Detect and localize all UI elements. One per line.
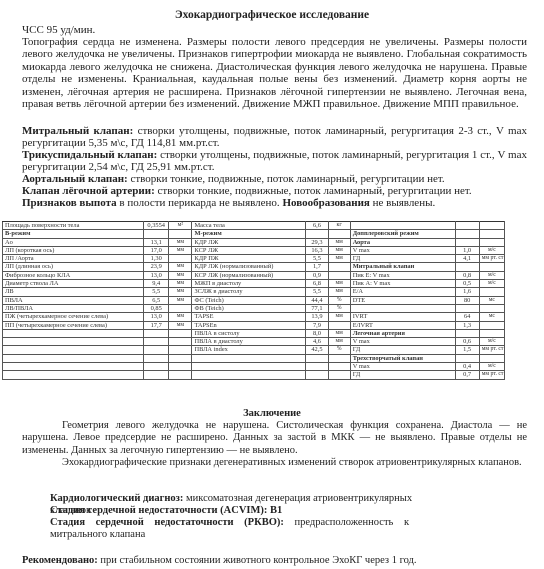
table-cell: мс xyxy=(479,296,504,304)
recommendation-text: при стабильном состоянии животного контр… xyxy=(98,555,417,566)
table-cell xyxy=(144,346,169,354)
table-cell xyxy=(328,321,350,329)
mitral-valve-label: Митральный клапан: xyxy=(22,125,133,137)
table-cell xyxy=(3,338,144,346)
table-cell: % xyxy=(328,304,350,312)
table-cell xyxy=(328,354,350,362)
effusion-label: Признаков выпота xyxy=(22,197,117,209)
table-row: Трехстворчатый клапан xyxy=(3,354,505,362)
table-cell: 0,85 xyxy=(144,304,169,312)
table-cell: мм xyxy=(169,246,192,254)
table-cell: ПВЛА index xyxy=(192,346,306,354)
table-cell: 0,8 xyxy=(455,271,479,279)
conclusion-heading: Заключение xyxy=(0,408,544,420)
table-cell: м/с xyxy=(479,280,504,288)
table-cell: мм xyxy=(328,338,350,346)
table-cell xyxy=(169,354,192,362)
table-cell xyxy=(350,222,455,230)
table-cell: IVRT xyxy=(350,313,455,321)
table-cell: Митральный клапан xyxy=(350,263,455,271)
table-cell: V max xyxy=(350,338,455,346)
table-cell xyxy=(306,371,328,379)
table-cell: DTE xyxy=(350,296,455,304)
table-cell: ПЖ (четырехкамерное сечение слева) xyxy=(3,313,144,321)
table-cell: 0,5 xyxy=(455,280,479,288)
table-cell: 29,3 xyxy=(306,238,328,246)
table-row: ПВЛА в диастолу4,6ммV max0,6м/с xyxy=(3,338,505,346)
table-row: ЛВ5,5ммЗСЛЖ в диастолу5,5ммE/A1,6 xyxy=(3,288,505,296)
heart-rate: ЧСС 95 уд/мин. xyxy=(22,24,527,36)
table-cell: Пик A: V max xyxy=(350,280,455,288)
table-cell xyxy=(169,255,192,263)
rkvo-label: Стадия сердечной недостаточности (РКВО): xyxy=(50,517,284,528)
table-cell: % xyxy=(328,296,350,304)
pulmonary-valve-label: Клапан лёгочной артерии: xyxy=(22,185,155,197)
recommendation-label: Рекомендовано: xyxy=(22,555,98,566)
table-cell: мм xyxy=(328,288,350,296)
table-cell xyxy=(479,230,504,238)
table-cell: 4,6 xyxy=(306,338,328,346)
table-cell: E/IVRT xyxy=(350,321,455,329)
table-cell xyxy=(479,329,504,337)
rkvo-text: предрасположенность к xyxy=(284,517,409,528)
table-cell: мм xyxy=(328,313,350,321)
table-cell xyxy=(3,354,144,362)
table-cell: кг xyxy=(328,222,350,230)
table-row: ПЖ (четырехкамерное сечение слева)13,0мм… xyxy=(3,313,505,321)
table-cell xyxy=(144,354,169,362)
table-cell: мм xyxy=(169,313,192,321)
acvim-stage: Стадия сердечной недостаточности (ACVIM)… xyxy=(50,505,440,517)
table-cell xyxy=(169,371,192,379)
table-cell: КДР ПЖ xyxy=(192,255,306,263)
table-cell: 13,0 xyxy=(144,313,169,321)
table-row: ЛП (длинная ось)23,9ммКДР ЛЖ (нормализов… xyxy=(3,263,505,271)
effusion-text: в полости перикарда не выявлено. xyxy=(117,197,283,209)
table-cell xyxy=(3,363,144,371)
tricuspid-valve-paragraph: Трикуспидальный клапан: створки утолщены… xyxy=(22,149,527,174)
table-cell: мм xyxy=(328,255,350,263)
table-row: ПП (четырехкамерное сечение слева)17,7мм… xyxy=(3,321,505,329)
table-cell xyxy=(479,222,504,230)
table-cell: ПП (четырехкамерное сечение слева) xyxy=(3,321,144,329)
table-cell: 9,4 xyxy=(144,280,169,288)
table-cell xyxy=(3,346,144,354)
table-cell: мм xyxy=(328,238,350,246)
rkvo-continued: митрального клапана xyxy=(50,529,440,541)
table-cell: 23,9 xyxy=(144,263,169,271)
table-cell: Трехстворчатый клапан xyxy=(350,354,455,362)
table-cell: мм xyxy=(169,271,192,279)
table-row: Площадь поверхности тела0,3554м²Масса те… xyxy=(3,222,505,230)
table-cell xyxy=(479,354,504,362)
table-cell xyxy=(306,230,328,238)
table-cell: 80 xyxy=(455,296,479,304)
table-cell: ГД xyxy=(350,255,455,263)
table-cell: ПВЛА xyxy=(3,296,144,304)
aortic-valve-label: Аортальный клапан: xyxy=(22,173,128,185)
table-cell: м/с xyxy=(479,271,504,279)
table-cell: V max xyxy=(350,246,455,254)
table-cell: 0,3554 xyxy=(144,222,169,230)
table-cell xyxy=(479,238,504,246)
table-row: ПВЛА в систолу8,0ммЛегочная артерия xyxy=(3,329,505,337)
table-cell: КСР ЛЖ xyxy=(192,246,306,254)
table-cell: ПВЛА в диастолу xyxy=(192,338,306,346)
table-cell xyxy=(169,329,192,337)
table-cell: мс xyxy=(479,313,504,321)
table-cell: ЛП /Аорта xyxy=(3,255,144,263)
table-cell: ЛВ xyxy=(3,288,144,296)
table-cell: Пик E: V max xyxy=(350,271,455,279)
aortic-valve-paragraph: Аортальный клапан: створки тонкие, подви… xyxy=(22,173,527,185)
table-cell: ЛП (длинная ось) xyxy=(3,263,144,271)
table-cell: 1,5 xyxy=(455,346,479,354)
table-cell: 1,3 xyxy=(455,321,479,329)
table-cell xyxy=(455,263,479,271)
table-cell xyxy=(328,230,350,238)
table-cell: ГД xyxy=(350,346,455,354)
table-cell xyxy=(455,304,479,312)
table-cell: 5,5 xyxy=(306,255,328,263)
table-cell: ПВЛА в систолу xyxy=(192,329,306,337)
table-cell: Ao xyxy=(3,238,144,246)
table-cell: 16,3 xyxy=(306,246,328,254)
table-cell: 77,1 xyxy=(306,304,328,312)
table-cell xyxy=(169,304,192,312)
table-cell xyxy=(144,338,169,346)
table-cell: 5,5 xyxy=(144,288,169,296)
table-cell: 44,4 xyxy=(306,296,328,304)
table-row: Ao13,1ммКДР ЛЖ29,3ммАорта xyxy=(3,238,505,246)
table-cell: V max xyxy=(350,363,455,371)
table-cell xyxy=(3,329,144,337)
table-cell: 0,7 xyxy=(455,371,479,379)
table-cell: 42,5 xyxy=(306,346,328,354)
recommendation: Рекомендовано: при стабильном состоянии … xyxy=(22,555,417,567)
table-cell xyxy=(328,271,350,279)
table-cell: В-режим xyxy=(3,230,144,238)
table-cell: 0,9 xyxy=(306,271,328,279)
table-cell: 8,0 xyxy=(306,329,328,337)
table-cell: ЛП (короткая ось) xyxy=(3,246,144,254)
table-cell: м/с xyxy=(479,338,504,346)
table-cell xyxy=(350,304,455,312)
table-cell: 5,5 xyxy=(306,288,328,296)
table-cell: мм xyxy=(169,296,192,304)
table-cell: 17,0 xyxy=(144,246,169,254)
table-cell: м/с xyxy=(479,363,504,371)
table-row: ЛВ/ПВЛА0,85ФВ (Teich)77,1% xyxy=(3,304,505,312)
table-cell: м² xyxy=(169,222,192,230)
table-row: V max0,4м/с xyxy=(3,363,505,371)
table-cell xyxy=(144,230,169,238)
table-cell: мм рт. ст xyxy=(479,346,504,354)
aortic-valve-text: створки тонкие, подвижные, поток ламинар… xyxy=(128,173,445,185)
table-cell: 6,6 xyxy=(306,222,328,230)
table-cell: Площадь поверхности тела xyxy=(3,222,144,230)
table-cell xyxy=(479,263,504,271)
table-cell: КСР ЛЖ (нормализованный) xyxy=(192,271,306,279)
table-cell: 7,9 xyxy=(306,321,328,329)
table-row: Диаметр ствола ЛА9,4ммМЖП в диастолу6,8м… xyxy=(3,280,505,288)
table-cell xyxy=(328,263,350,271)
table-cell xyxy=(144,371,169,379)
table-cell: 13,1 xyxy=(144,238,169,246)
table-row: ЛП (короткая ось)17,0ммКСР ЛЖ16,3ммV max… xyxy=(3,246,505,254)
neoplasm-text: не выявлены. xyxy=(370,197,435,209)
table-row: Фиброзное кольцо КЛА13,0ммКСР ЛЖ (нормал… xyxy=(3,271,505,279)
mitral-valve-paragraph: Митральный клапан: створки утолщены, под… xyxy=(22,125,527,150)
table-cell: 1,0 xyxy=(455,246,479,254)
table-cell: КДР ЛЖ xyxy=(192,238,306,246)
table-cell xyxy=(479,288,504,296)
table-cell: 17,7 xyxy=(144,321,169,329)
table-cell: 1,30 xyxy=(144,255,169,263)
table-cell: 4,1 xyxy=(455,255,479,263)
echo-report-page: Эхокардиографическое исследование ЧСС 95… xyxy=(0,0,544,569)
table-cell xyxy=(144,363,169,371)
table-cell: 1,7 xyxy=(306,263,328,271)
table-row: В-режимМ-режимДопплеровский режим xyxy=(3,230,505,238)
table-cell xyxy=(455,238,479,246)
table-cell: ФВ (Teich) xyxy=(192,304,306,312)
table-cell: Диаметр ствола ЛА xyxy=(3,280,144,288)
table-cell xyxy=(169,346,192,354)
table-cell: Масса тела xyxy=(192,222,306,230)
table-cell xyxy=(3,371,144,379)
table-cell: мм xyxy=(169,288,192,296)
table-cell: 1,6 xyxy=(455,288,479,296)
table-cell: TAPSEn xyxy=(192,321,306,329)
neoplasm-label: Новообразования xyxy=(282,197,369,209)
table-cell xyxy=(479,304,504,312)
table-cell xyxy=(192,371,306,379)
table-cell: ГД xyxy=(350,371,455,379)
measurements-table: Площадь поверхности тела0,3554м²Масса те… xyxy=(2,221,505,380)
table-cell: мм xyxy=(328,246,350,254)
table-cell: % xyxy=(328,346,350,354)
table-cell xyxy=(455,329,479,337)
table-cell xyxy=(328,371,350,379)
table-cell: МЖП в диастолу xyxy=(192,280,306,288)
table-cell xyxy=(455,354,479,362)
acvim-label: Стадия сердечной недостаточности (ACVIM)… xyxy=(50,505,282,516)
table-cell: ЗСЛЖ в диастолу xyxy=(192,288,306,296)
table-row: ГД0,7мм рт. ст xyxy=(3,371,505,379)
table-cell xyxy=(169,338,192,346)
table-cell: ФС (Teich) xyxy=(192,296,306,304)
table-cell: TAPSE xyxy=(192,313,306,321)
tricuspid-valve-label: Трикуспидальный клапан: xyxy=(22,149,157,161)
table-cell xyxy=(306,354,328,362)
table-cell xyxy=(192,363,306,371)
table-row: ПВЛА6,5ммФС (Teich)44,4%DTE80мс xyxy=(3,296,505,304)
table-row: ЛП /Аорта1,30КДР ПЖ5,5ммГД4,1мм рт. ст xyxy=(3,255,505,263)
table-cell: мм xyxy=(169,238,192,246)
conclusion-paragraph-2: Эхокардиографические признаки дегенерати… xyxy=(22,457,527,469)
table-cell xyxy=(192,354,306,362)
report-title: Эхокардиографическое исследование xyxy=(0,9,544,21)
table-cell xyxy=(455,222,479,230)
table-cell xyxy=(169,230,192,238)
table-cell: 64 xyxy=(455,313,479,321)
table-cell xyxy=(455,230,479,238)
table-cell xyxy=(144,329,169,337)
table-cell: КДР ЛЖ (нормализованный) xyxy=(192,263,306,271)
effusion-paragraph: Признаков выпота в полости перикарда не … xyxy=(22,197,527,209)
table-cell: Легочная артерия xyxy=(350,329,455,337)
table-cell: 6,8 xyxy=(306,280,328,288)
topography-paragraph: Топография сердца не изменена. Размеры п… xyxy=(22,36,527,110)
table-cell: Допплеровский режим xyxy=(350,230,455,238)
table-cell xyxy=(328,363,350,371)
table-cell xyxy=(306,363,328,371)
table-cell: мм рт. ст xyxy=(479,371,504,379)
table-cell: мм xyxy=(328,280,350,288)
table-cell: мм xyxy=(169,321,192,329)
table-cell: мм xyxy=(328,329,350,337)
table-cell: м/с xyxy=(479,246,504,254)
table-cell: E/A xyxy=(350,288,455,296)
table-cell: 13,0 xyxy=(144,271,169,279)
diagnosis-label: Кардиологический диагноз: xyxy=(50,493,183,504)
table-cell: мм xyxy=(169,263,192,271)
pulmonary-valve-text: створки тонкие, подвижные, поток ламинар… xyxy=(155,185,472,197)
table-cell: Фиброзное кольцо КЛА xyxy=(3,271,144,279)
table-cell: мм xyxy=(169,280,192,288)
conclusion-paragraph-1: Геометрия левого желудочка не нарушена. … xyxy=(22,420,527,457)
table-cell: 6,5 xyxy=(144,296,169,304)
rkvo-stage: Стадия сердечной недостаточности (РКВО):… xyxy=(50,517,440,529)
table-cell: мм рт. ст xyxy=(479,255,504,263)
table-cell xyxy=(169,363,192,371)
table-cell: М-режим xyxy=(192,230,306,238)
table-cell: ЛВ/ПВЛА xyxy=(3,304,144,312)
table-cell: 0,6 xyxy=(455,338,479,346)
table-row: ПВЛА index42,5%ГД1,5мм рт. ст xyxy=(3,346,505,354)
table-cell: 0,4 xyxy=(455,363,479,371)
table-cell: 13,9 xyxy=(306,313,328,321)
table-cell: Аорта xyxy=(350,238,455,246)
table-cell xyxy=(479,321,504,329)
pulmonary-valve-paragraph: Клапан лёгочной артерии: створки тонкие,… xyxy=(22,185,527,197)
